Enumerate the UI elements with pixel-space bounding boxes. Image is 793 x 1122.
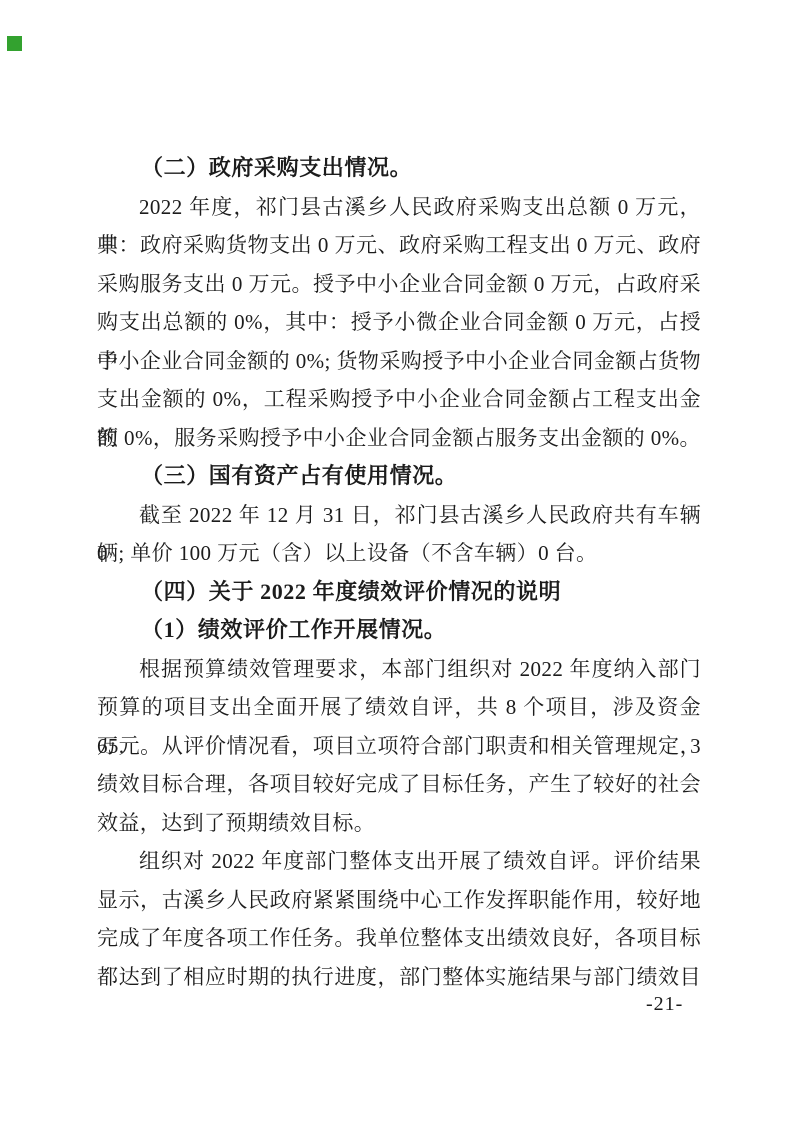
text-line: 中：政府采购货物支出 0 万元、政府采购工程支出 0 万元、政府 (97, 226, 701, 265)
subsection-heading-evaluation-work: （1）绩效评价工作开展情况。 (97, 611, 701, 650)
corner-mark (7, 36, 22, 51)
section-heading-state-assets: （三）国有资产占有使用情况。 (97, 457, 701, 496)
section-heading-performance-evaluation: （四）关于 2022 年度绩效评价情况的说明 (97, 573, 701, 612)
page-number: -21- (646, 993, 683, 1016)
section-heading-procurement: （二）政府采购支出情况。 (97, 149, 701, 188)
text-line: 显示，古溪乡人民政府紧紧围绕中心工作发挥职能作用，较好地 (97, 881, 701, 920)
text-line: 截至 2022 年 12 月 31 日，祁门县古溪乡人民政府共有车辆 0 (97, 496, 701, 535)
text-line: 购支出总额的 0%，其中：授予小微企业合同金额 0 万元，占授予 (97, 303, 701, 342)
text-line: 组织对 2022 年度部门整体支出开展了绩效自评。评价结果 (97, 842, 701, 881)
text-line: 的 0%，服务采购授予中小企业合同金额占服务支出金额的 0%。 (97, 419, 701, 458)
document-page: { "document": { "page_number": "-21-", "… (0, 0, 793, 1122)
text-line: 支出金额的 0%，工程采购授予中小企业合同金额占工程支出金额 (97, 380, 701, 419)
text-line: 中小企业合同金额的 0%; 货物采购授予中小企业合同金额占货物 (97, 342, 701, 381)
text-line: 根据预算绩效管理要求，本部门组织对 2022 年度纳入部门 (97, 650, 701, 689)
text-line: 预算的项目支出全面开展了绩效自评，共 8 个项目，涉及资金 65. 3 (97, 688, 701, 727)
text-line: 完成了年度各项工作任务。我单位整体支出绩效良好，各项目标 (97, 919, 701, 958)
document-body: （二）政府采购支出情况。 2022 年度，祁门县古溪乡人民政府采购支出总额 0 … (97, 149, 701, 996)
text-line: 辆; 单价 100 万元（含）以上设备（不含车辆）0 台。 (97, 534, 701, 573)
text-line: 绩效目标合理，各项目较好完成了目标任务，产生了较好的社会 (97, 765, 701, 804)
text-line: 2022 年度，祁门县古溪乡人民政府采购支出总额 0 万元，其 (97, 188, 701, 227)
text-line: 万元。从评价情况看，项目立项符合部门职责和相关管理规定， (97, 727, 701, 766)
text-line: 采购服务支出 0 万元。授予中小企业合同金额 0 万元，占政府采 (97, 265, 701, 304)
text-line: 效益，达到了预期绩效目标。 (97, 804, 701, 843)
text-line: 都达到了相应时期的执行进度，部门整体实施结果与部门绩效目 (97, 958, 701, 997)
